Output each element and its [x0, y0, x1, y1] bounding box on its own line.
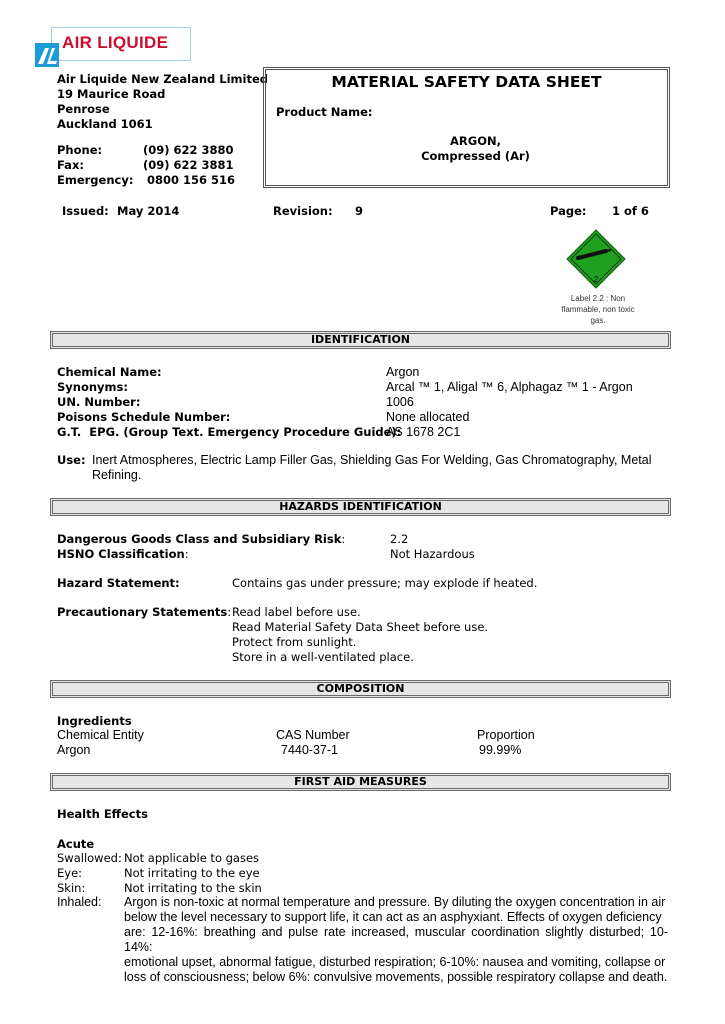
ingredients-heading: Ingredients	[57, 714, 132, 729]
field-value: AS 1678 2C1	[386, 425, 633, 440]
label-text: Dangerous Goods Class and Subsidiary Ris…	[57, 532, 341, 546]
contact-value: 0800 156 516	[143, 173, 235, 188]
use-label: Use:	[57, 453, 86, 468]
caption-line: gas.	[548, 315, 648, 326]
exposure-label: Skin:	[57, 881, 122, 896]
product-name-line: Compressed (Ar)	[263, 149, 670, 164]
contact-label: Emergency:	[57, 173, 143, 188]
address-line: Auckland 1061	[57, 117, 268, 132]
hazard-statement-label: Hazard Statement:	[57, 576, 180, 591]
contact-fax: Fax: (09) 622 3881	[57, 158, 235, 173]
contact-label: Phone:	[57, 143, 143, 158]
hazard-label-caption: Label 2.2 : Non flammable, non toxic gas…	[548, 293, 648, 326]
ingredient-cas: 7440-37-1	[281, 743, 338, 758]
product-name: ARGON, Compressed (Ar)	[263, 134, 670, 164]
contact-emergency: Emergency: 0800 156 516	[57, 173, 235, 188]
exposure-value: Not applicable to gases	[124, 851, 262, 866]
exposure-value: Not irritating to the eye	[124, 866, 262, 881]
field-value: Arcal ™ 1, Aligal ™ 6, Alphagaz ™ 1 - Ar…	[386, 380, 633, 395]
exposure-label: Eye:	[57, 866, 122, 881]
label-text: Precautionary Statements	[57, 605, 227, 619]
section-header-composition: COMPOSITION	[50, 680, 671, 698]
precaution-line: Read label before use.	[232, 605, 488, 620]
label-text: HSNO Classification	[57, 547, 185, 561]
issued-value: May 2014	[117, 204, 179, 218]
use-value: Inert Atmospheres, Electric Lamp Filler …	[92, 453, 652, 483]
dg-class-label: Dangerous Goods Class and Subsidiary Ris…	[57, 532, 345, 547]
address-line: 19 Maurice Road	[57, 87, 268, 102]
gas-cylinder-diamond-icon: 2	[566, 229, 626, 289]
field-label: UN. Number:	[57, 395, 401, 410]
issued-label: Issued:	[62, 204, 109, 218]
field-label: G.T. EPG. (Group Text. Emergency Procedu…	[57, 425, 401, 440]
first-aid-values: Not applicable to gases Not irritating t…	[124, 851, 262, 896]
inhaled-line: Argon is non-toxic at normal temperature…	[124, 895, 668, 910]
revision-label: Revision:	[273, 204, 333, 218]
ingredient-entity: Argon	[57, 743, 90, 758]
field-value: None allocated	[386, 410, 633, 425]
field-label: Synonyms:	[57, 380, 401, 395]
field-label: Poisons Schedule Number:	[57, 410, 401, 425]
hsno-label: HSNO Classification:	[57, 547, 189, 562]
hazard-statement: Contains gas under pressure; may explode…	[232, 576, 537, 591]
identification-labels: Chemical Name: Synonyms: UN. Number: Poi…	[57, 365, 401, 440]
precautionary-statements: Read label before use. Read Material Saf…	[232, 605, 488, 665]
contact-label: Fax:	[57, 158, 143, 173]
health-effects-heading: Health Effects	[57, 807, 148, 822]
column-header-proportion: Proportion	[477, 728, 535, 743]
company-contacts: Phone: (09) 622 3880 Fax: (09) 622 3881 …	[57, 143, 235, 188]
caption-line: flammable, non toxic	[548, 304, 648, 315]
inhaled-line: emotional upset, abnormal fatigue, distu…	[124, 955, 668, 970]
hsno-value: Not Hazardous	[390, 547, 475, 562]
use-line: Refining.	[92, 468, 652, 483]
inhaled-line: below the level necessary to support lif…	[124, 910, 668, 925]
exposure-value: Not irritating to the skin	[124, 881, 262, 896]
column-header-cas: CAS Number	[276, 728, 350, 743]
page-label: Page:	[550, 204, 587, 218]
air-liquide-logo-icon	[35, 43, 59, 67]
section-header-hazards: HAZARDS IDENTIFICATION	[50, 498, 671, 516]
address-line: Penrose	[57, 102, 268, 117]
company-logo-text: AIR LIQUIDE	[62, 33, 168, 53]
first-aid-labels: Swallowed: Eye: Skin:	[57, 851, 122, 896]
section-header-first-aid: FIRST AID MEASURES	[50, 773, 671, 791]
identification-values: Argon Arcal ™ 1, Aligal ™ 6, Alphagaz ™ …	[386, 365, 633, 440]
dg-class-value: 2.2	[390, 532, 408, 547]
company-name: Air Liquide New Zealand Limited	[57, 72, 268, 87]
page-value: 1 of 6	[612, 204, 649, 218]
caption-line: Label 2.2 : Non	[548, 293, 648, 304]
document-title: MATERIAL SAFETY DATA SHEET	[263, 73, 670, 91]
svg-text:2: 2	[594, 275, 599, 284]
ingredient-proportion: 99.99%	[479, 743, 521, 758]
precaution-line: Protect from sunlight.	[232, 635, 488, 650]
field-value: Argon	[386, 365, 633, 380]
contact-value: (09) 622 3880	[143, 143, 234, 158]
section-header-identification: IDENTIFICATION	[50, 331, 671, 349]
company-address: Air Liquide New Zealand Limited 19 Mauri…	[57, 72, 268, 132]
field-value: 1006	[386, 395, 633, 410]
column-header-entity: Chemical Entity	[57, 728, 144, 743]
precaution-line: Store in a well-ventilated place.	[232, 650, 488, 665]
inhaled-line: are: 12-16%: breathing and pulse rate in…	[124, 925, 668, 955]
use-line: Inert Atmospheres, Electric Lamp Filler …	[92, 453, 652, 468]
contact-value: (09) 622 3881	[143, 158, 234, 173]
inhaled-line: loss of consciousness; below 6%: convuls…	[124, 970, 668, 985]
product-name-line: ARGON,	[263, 134, 670, 149]
acute-heading: Acute	[57, 837, 94, 852]
revision-value: 9	[355, 204, 363, 218]
product-name-label: Product Name:	[276, 105, 373, 119]
exposure-label: Swallowed:	[57, 851, 122, 866]
field-label: Chemical Name:	[57, 365, 401, 380]
contact-phone: Phone: (09) 622 3880	[57, 143, 235, 158]
inhaled-label: Inhaled:	[57, 895, 101, 910]
precaution-line: Read Material Safety Data Sheet before u…	[232, 620, 488, 635]
inhaled-text: Argon is non-toxic at normal temperature…	[124, 895, 668, 985]
precautionary-label: Precautionary Statements:	[57, 605, 231, 620]
